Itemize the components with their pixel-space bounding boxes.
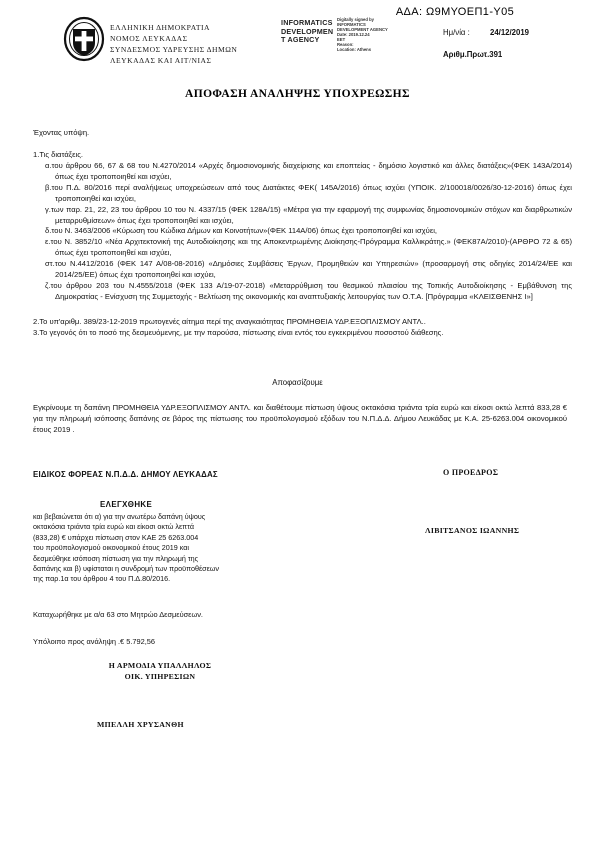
preamble-item-2: 2.Το υπ'αριθμ. 389/23-12-2019 πρωτογενές… xyxy=(33,317,572,328)
special-entity-label: ΕΙΔΙΚΟΣ ΦΟΡΕΑΣ Ν.Π.Δ.Δ. ΔΗΜΟΥ ΛΕΥΚΑΔΑΣ xyxy=(33,470,218,479)
officer-title-line1: Η ΑΡΜΟΔΙΑ ΥΠΑΛΛΗΛΟΣ xyxy=(55,660,265,671)
decision-heading: Αποφασίζουμε xyxy=(0,378,595,387)
verification-block: και βεβαιώνεται ότι α) για την ανωτέρω δ… xyxy=(33,512,333,585)
date-label: Ημ/νία : xyxy=(443,28,470,37)
ada-code: ΑΔΑ: Ω9ΜΥΟΕΠ1-Υ05 xyxy=(350,6,560,18)
checked-label: ΕΛΕΓΧΘΗΚΕ xyxy=(100,500,152,509)
officer-name: ΜΠΕΛΛΗ ΧΡΥΣΑΝΘΗ xyxy=(97,720,184,729)
officer-title-line2: ΟΙΚ. ΥΠΗΡΕΣΙΩΝ xyxy=(55,671,265,682)
decision-body: Εγκρίνουμε τη δαπάνη ΠΡΟΜΗΘΕΙΑ ΥΔΡ.ΕΞΟΠΛ… xyxy=(33,403,567,436)
document-page: ΕΛΛΗΝΙΚΗ ΔΗΜΟΚΡΑΤΙΑΝΟΜΟΣ ΛΕΥΚΑΔΑΣΣΥΝΔΕΣΜ… xyxy=(0,0,595,842)
date-value: 24/12/2019 xyxy=(490,28,529,37)
protocol-number: Αριθμ.Πρωτ.391 xyxy=(443,50,502,59)
registry-line: Καταχωρήθηκε με α/α 63 στο Μητρώο Δεσμεύ… xyxy=(33,610,203,619)
provision-item: ζ.του άρθρου 203 του Ν.4555/2018 (ΦΕΚ 13… xyxy=(45,281,572,303)
org-line: ΣΥΝΔΕΣΜΟΣ ΥΔΡΕΥΣΗΣ ΔΗΜΩΝ xyxy=(110,44,237,55)
digital-signature-details: Digitally signed byINFORMATICSDEVELOPMEN… xyxy=(337,17,401,52)
provision-item: στ.του Ν.4412/2016 (ΦΕΚ 147 Α/08-08-2016… xyxy=(45,259,572,281)
verification-line: δαπάνης και β) υφίσταται η συνδρομή των … xyxy=(33,564,333,574)
preamble-item-3: 3.Το γεγονός ότι το ποσό της δεσμευόμενη… xyxy=(33,328,572,339)
agency-line: T AGENCY xyxy=(281,36,333,45)
having-regard-line: Έχοντας υπόψη. xyxy=(33,128,89,139)
provision-item: γ.των παρ. 21, 22, 23 του άρθρου 10 του … xyxy=(45,205,572,227)
org-line: ΕΛΛΗΝΙΚΗ ΔΗΜΟΚΡΑΤΙΑ xyxy=(110,22,237,33)
provision-item: ε.του Ν. 3852/10 «Νέα Αρχιτεκτονική της … xyxy=(45,237,572,259)
president-name: ΛΙΒΙΤΣΑΝΟΣ ΙΩΑΝΝΗΣ xyxy=(425,526,519,535)
informatics-agency-stamp: INFORMATICSDEVELOPMENT AGENCY xyxy=(281,19,333,45)
verification-line: δεσμεύθηκε ισόποση πίστωση για την πληρω… xyxy=(33,554,333,564)
provision-item: α.του άρθρου 66, 67 & 68 του Ν.4270/2014… xyxy=(45,161,572,183)
officer-title: Η ΑΡΜΟΔΙΑ ΥΠΑΛΛΗΛΟΣ ΟΙΚ. ΥΠΗΡΕΣΙΩΝ xyxy=(55,660,265,682)
verification-line: της παρ.1α του άρθρου 4 του Π.Δ.80/2016. xyxy=(33,574,333,584)
preamble-item-1: 1.Τις διατάξεις. xyxy=(33,150,83,161)
organization-header: ΕΛΛΗΝΙΚΗ ΔΗΜΟΚΡΑΤΙΑΝΟΜΟΣ ΛΕΥΚΑΔΑΣΣΥΝΔΕΣΜ… xyxy=(110,22,237,66)
org-line: ΛΕΥΚΑΔΑΣ ΚΑΙ ΑΙΤ/ΝΙΑΣ xyxy=(110,55,237,66)
greek-emblem-logo xyxy=(63,16,105,62)
verification-line: του προϋπολογισμού οικονομικού έτους 201… xyxy=(33,543,333,553)
signature-line: Location: Athens xyxy=(337,47,401,52)
provision-item: δ.του Ν. 3463/2006 «Κύρωση του Κώδικα Δή… xyxy=(45,226,572,237)
verification-line: (833,28) € υπάρχει πίστωση στον ΚΑΕ 25 6… xyxy=(33,533,333,543)
org-line: ΝΟΜΟΣ ΛΕΥΚΑΔΑΣ xyxy=(110,33,237,44)
provisions-list: α.του άρθρου 66, 67 & 68 του Ν.4270/2014… xyxy=(45,161,572,303)
remaining-balance-line: Υπόλοιπο προς ανάληψη .€ 5.792,56 xyxy=(33,637,155,646)
provision-item: β.του Π.Δ. 80/2016 περί αναλήψεως υποχρε… xyxy=(45,183,572,205)
document-title: ΑΠΟΦΑΣΗ ΑΝΑΛΗΨΗΣ ΥΠΟΧΡΕΩΣΗΣ xyxy=(0,88,595,100)
president-title: Ο ΠΡΟΕΔΡΟΣ xyxy=(443,468,498,477)
verification-line: οκτακόσια τριάντα τρία ευρώ και είκοσι ο… xyxy=(33,522,333,532)
verification-line: και βεβαιώνεται ότι α) για την ανωτέρω δ… xyxy=(33,512,333,522)
